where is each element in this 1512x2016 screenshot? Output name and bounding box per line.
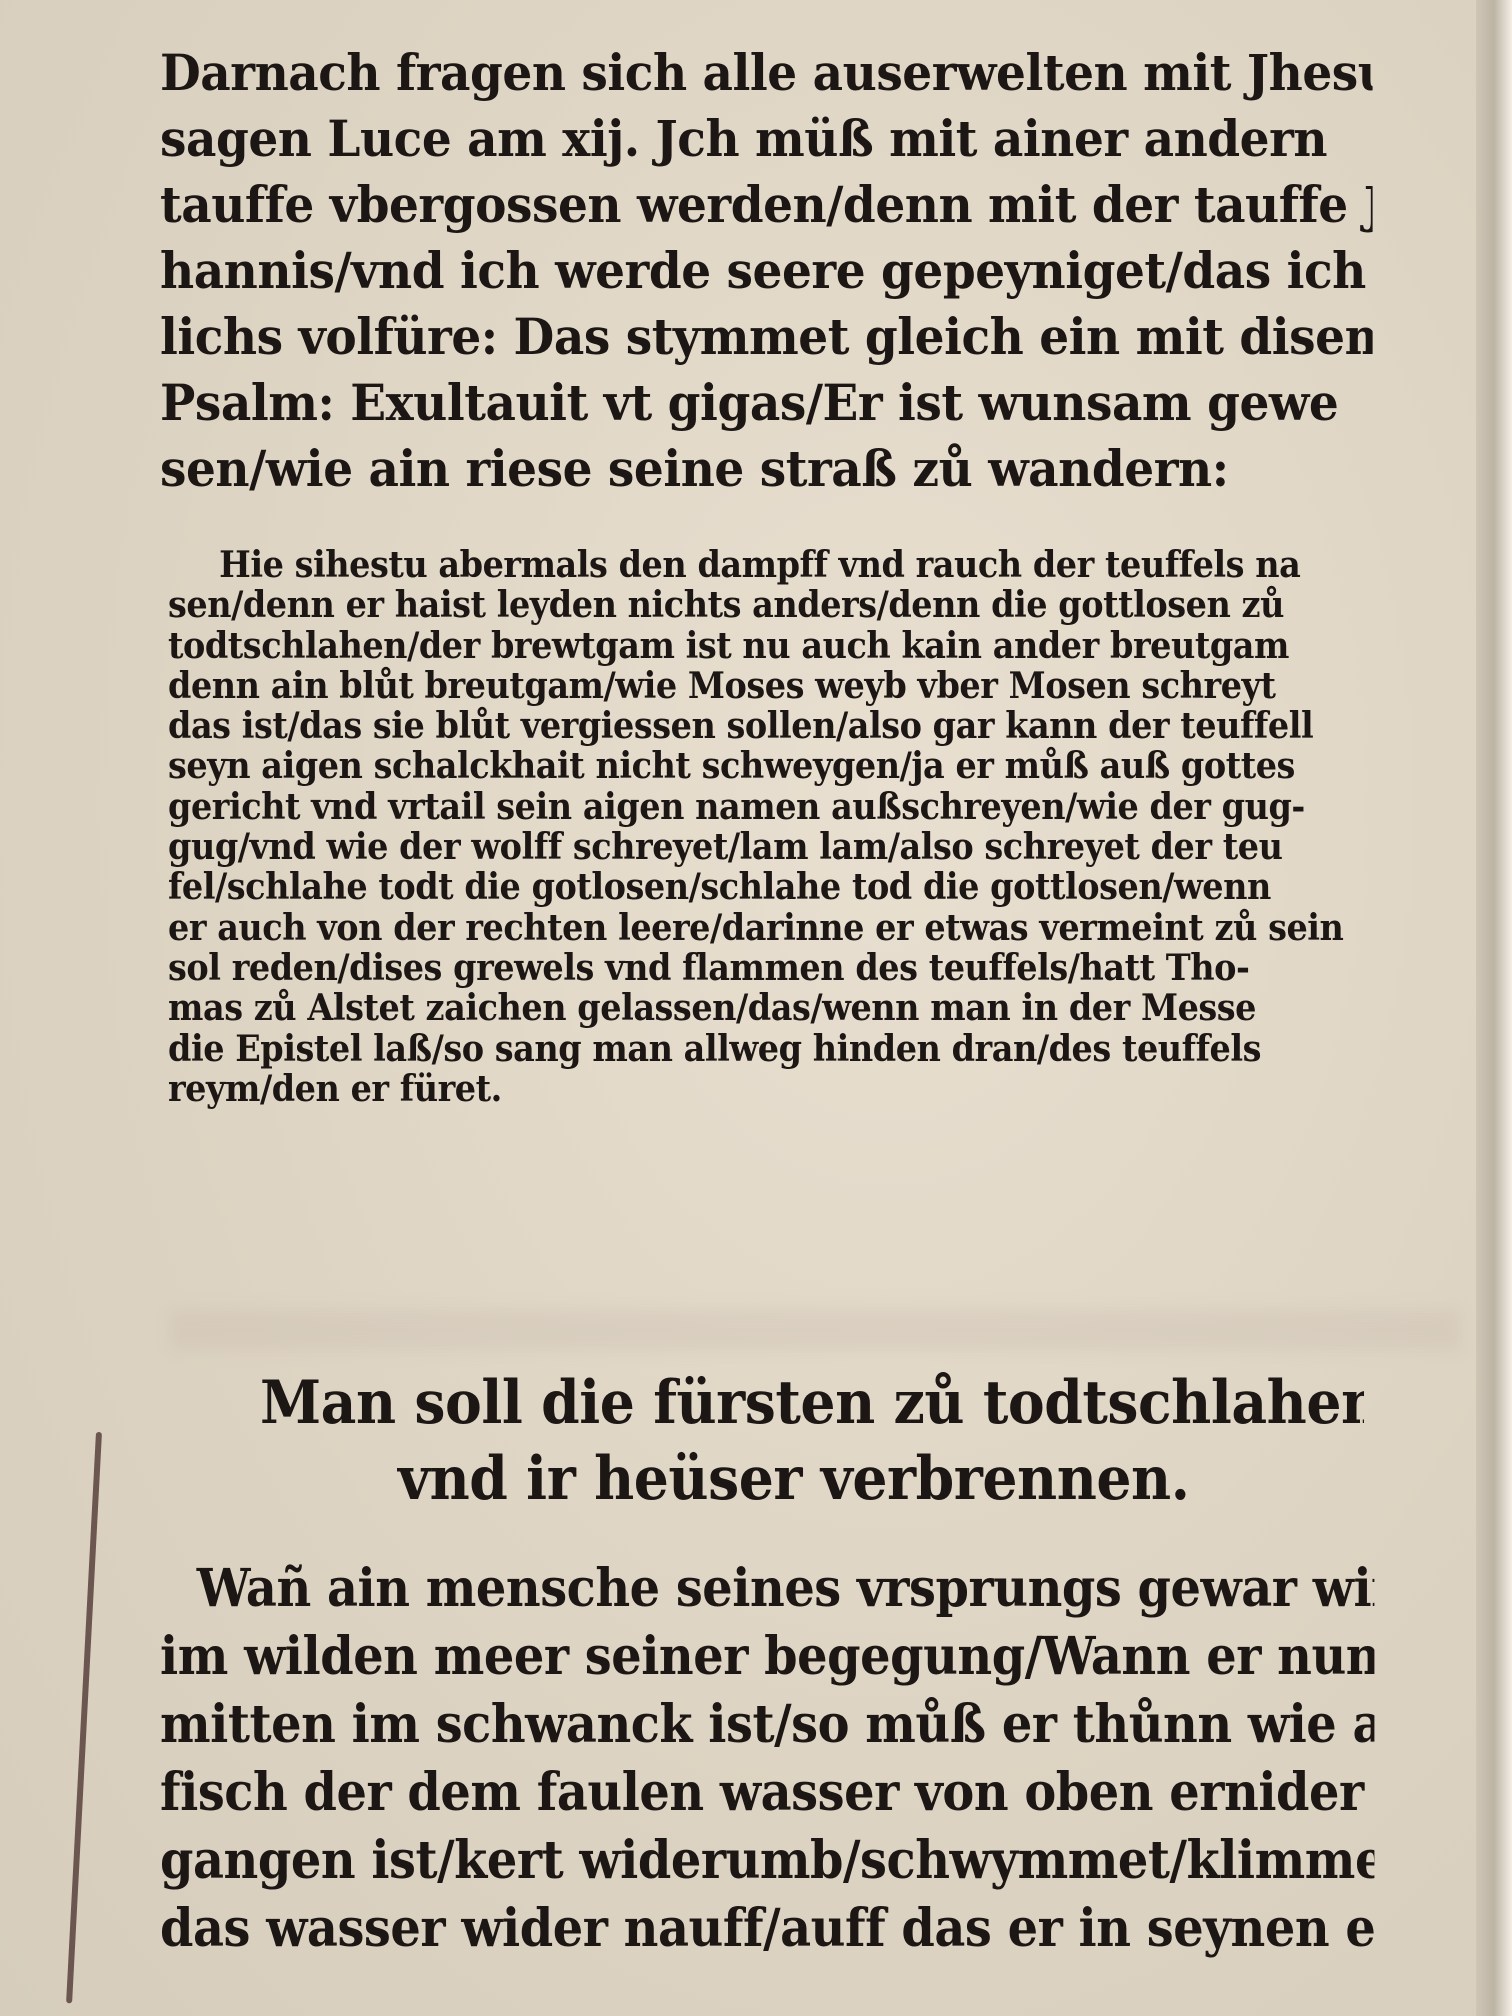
printed-page: Darnach fragen sich alle auserwelten mit… <box>0 0 1480 2016</box>
text-line: sol reden/dises grewels vnd flammen des … <box>168 948 1377 988</box>
gloss-paragraph: Hie sihestu abermals den dampff vnd rauc… <box>168 545 1468 1109</box>
text-line: das wasser wider nauff/auff das er in se… <box>160 1895 1374 1963</box>
text-line: gug/vnd wie der wolff schreyet/lam lam/a… <box>168 827 1377 867</box>
text-line: gangen ist/kert widerumb/schwymmet/klimm… <box>160 1827 1374 1895</box>
handwritten-margin-line <box>66 1432 102 2004</box>
section-heading: Man soll die fürsten zů todtschlahen/ vn… <box>260 1365 1460 1517</box>
text-line: er auch von der rechten leere/darinne er… <box>168 908 1377 948</box>
top-paragraph: Darnach fragen sich alle auserwelten mit… <box>160 40 1450 502</box>
body-paragraph: Wañ ain mensche seines vrsprungs gewar w… <box>160 1555 1480 1963</box>
text-line: das ist/das sie blůt vergiessen sollen/a… <box>168 706 1377 746</box>
text-line: reym/den er füret. <box>168 1069 1377 1109</box>
text-line: sen/denn er haist leyden nichts anders/d… <box>168 585 1377 625</box>
heading-line: Man soll die fürsten zů todtschlahen/ <box>260 1365 1364 1441</box>
text-line: denn ain blůt breutgam/wie Moses weyb vb… <box>168 666 1377 706</box>
text-line: fel/schlahe todt die gotlosen/schlahe to… <box>168 867 1377 907</box>
text-line: mas zů Alstet zaichen gelassen/das/wenn … <box>168 988 1377 1028</box>
text-line: tauffe vbergossen werden/denn mit der ta… <box>160 172 1373 238</box>
text-line: sagen Luce am xij. Jch müß mit ainer and… <box>160 106 1373 172</box>
text-line: fisch der dem faulen wasser von oben ern… <box>160 1759 1374 1827</box>
paper-stain <box>170 1310 1460 1350</box>
text-line: lichs volfüre: Das stymmet gleich ein mi… <box>160 304 1373 370</box>
page-edge <box>1476 0 1512 2016</box>
text-line: todtschlahen/der brewtgam ist nu auch ka… <box>168 626 1377 666</box>
text-line: im wilden meer seiner begegung/Wann er n… <box>160 1623 1374 1691</box>
text-line: Darnach fragen sich alle auserwelten mit… <box>160 40 1373 106</box>
text-line: sen/wie ain riese seine straß zů wandern… <box>160 436 1373 502</box>
text-line: Psalm: Exultauit vt gigas/Er ist wunsam … <box>160 370 1373 436</box>
text-line: die Epistel laß/so sang man allweg hinde… <box>168 1029 1377 1069</box>
text-line: mitten im schwanck ist/so můß er thůnn w… <box>160 1691 1374 1759</box>
text-line: gericht vnd vrtail sein aigen namen außs… <box>168 787 1377 827</box>
text-line: Hie sihestu abermals den dampff vnd rauc… <box>168 545 1377 585</box>
heading-line: vnd ir heüser verbrennen. <box>260 1441 1364 1517</box>
text-line: Wañ ain mensche seines vrsprungs gewar w… <box>160 1555 1374 1623</box>
text-line: seyn aigen schalckhait nicht schweygen/j… <box>168 746 1377 786</box>
text-line: hannis/vnd ich werde seere gepeyniget/da… <box>160 238 1373 304</box>
